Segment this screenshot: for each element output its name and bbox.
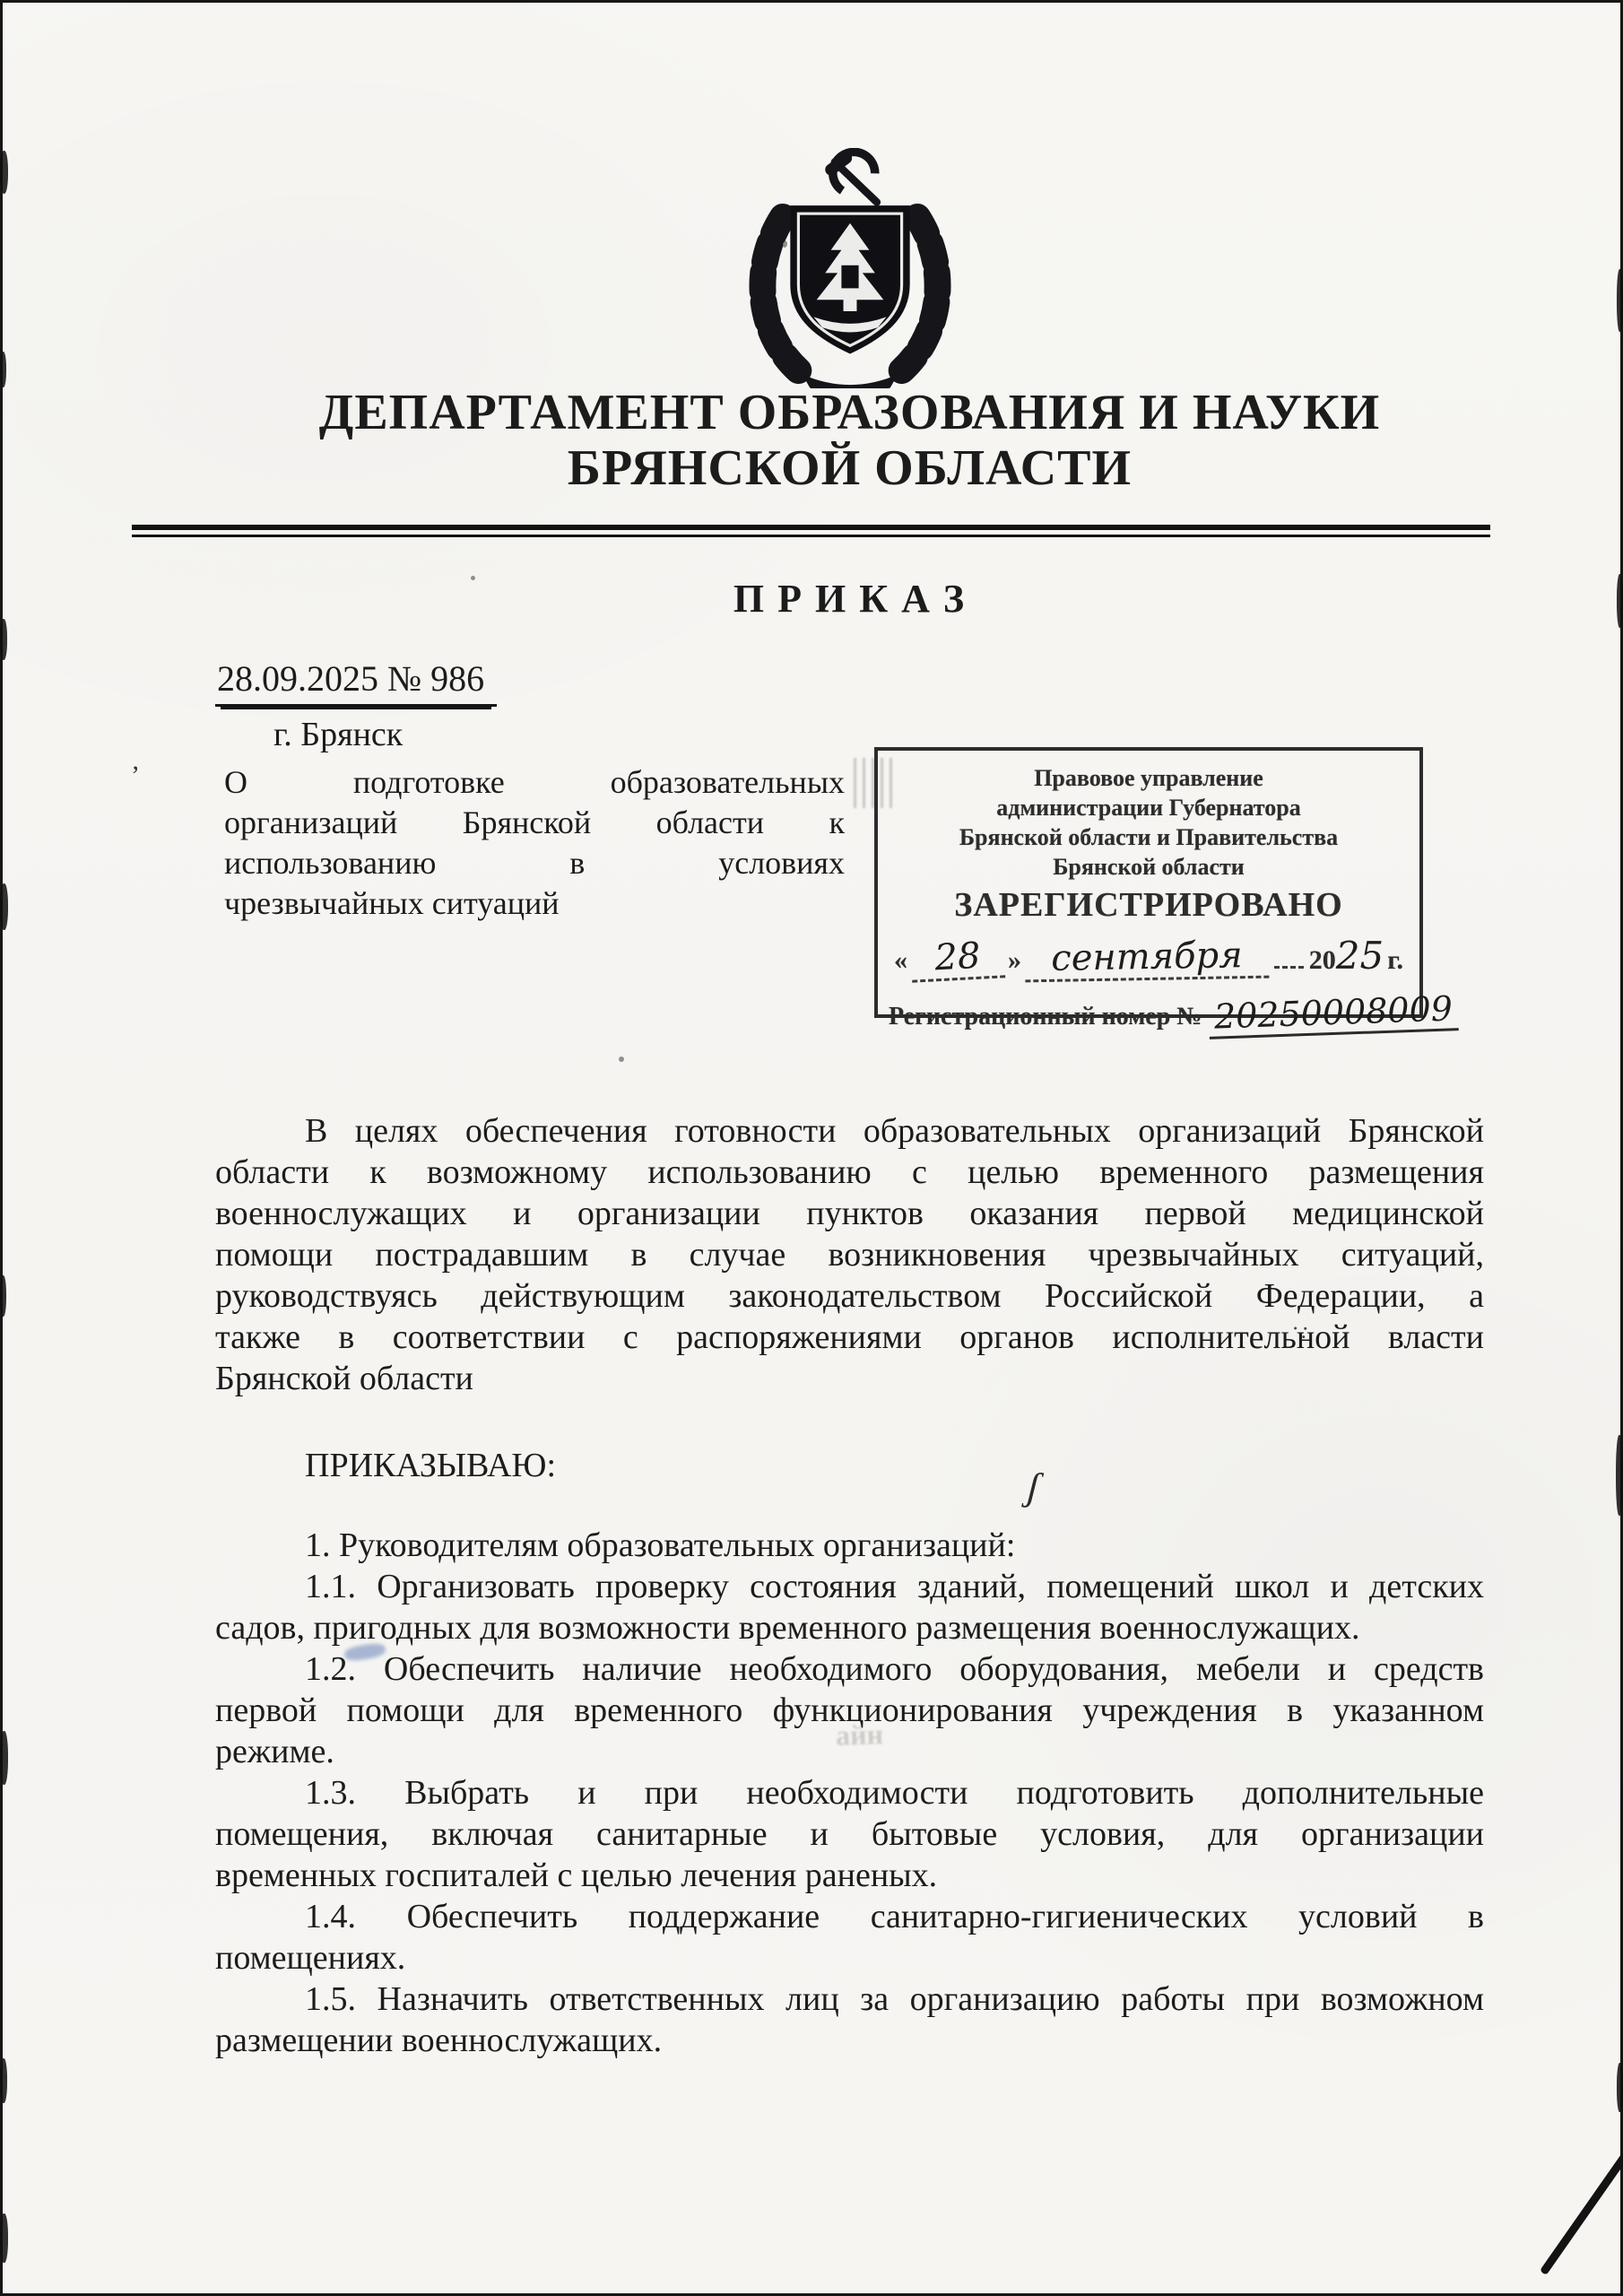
- scan-artifact-diagonal: [1540, 2124, 1623, 2275]
- scan-artifact: [0, 151, 8, 194]
- stamp-reg-label: Регистрационный номер №: [889, 1003, 1202, 1031]
- stamp-year-handwritten: 25: [1336, 934, 1384, 978]
- scan-artifact-squiggle: ʃ: [1026, 1464, 1040, 1510]
- letterhead-divider: [132, 525, 1490, 537]
- order-item: 1.2. Обеспечить наличие необходимого обо…: [215, 1648, 1484, 1772]
- stamp-date-fill-line: [1274, 939, 1304, 969]
- order-item-line: 1.3. Выбрать и при необходимости подгото…: [215, 1772, 1484, 1813]
- order-item-line: 1.4. Обеспечить поддержание санитарно-ги…: [215, 1896, 1484, 1937]
- order-item: 1. Руководителям образовательных организ…: [215, 1525, 1484, 1566]
- subject-block: О подготовке образовательных организаций…: [224, 762, 845, 924]
- scan-artifact: [0, 352, 6, 387]
- stamp-office-line: Брянской области и Правительства: [878, 822, 1419, 852]
- org-name-line1: ДЕПАРТАМЕНТ ОБРАЗОВАНИЯ И НАУКИ: [215, 386, 1484, 439]
- scan-artifact: [0, 619, 7, 660]
- stamp-office-line: администрации Губернатора: [878, 793, 1419, 822]
- order-item-line: режиме.: [215, 1731, 1484, 1772]
- city-line: г. Брянск: [273, 715, 403, 754]
- subject-line: чрезвычайных ситуаций: [224, 883, 845, 924]
- stamp-open-quote: «: [890, 945, 911, 976]
- scanned-order-page: ’ ·: ʃ айн: [0, 0, 1623, 2296]
- stamp-office-line: Правовое управление: [878, 763, 1419, 793]
- registration-stamp: Правовое управление администрации Губерн…: [874, 747, 1423, 1018]
- stamp-reg-number-handwritten: 20250008009: [1209, 988, 1459, 1039]
- stamp-registered-word: ЗАРЕГИСТРИРОВАНО: [878, 883, 1419, 926]
- order-item-line: временных госпиталей с целью лечения ран…: [215, 1855, 1484, 1896]
- preamble-line: помощи пострадавшим в случае возникновен…: [215, 1234, 1484, 1275]
- stamp-date-row: « 28 » сентября 20 25 г.: [890, 934, 1407, 980]
- order-item-line: 1.5. Назначить ответственных лиц за орга…: [215, 1979, 1484, 2020]
- order-item-line: помещениях.: [215, 1937, 1484, 1979]
- scan-artifact: [0, 1731, 8, 1785]
- subject-line: О подготовке образовательных: [224, 762, 845, 803]
- bryansk-coat-of-arms-icon: [735, 148, 965, 388]
- preamble-line: В целях обеспечения готовности образоват…: [215, 1110, 1484, 1152]
- coat-of-arms-graphic: [735, 148, 965, 388]
- scan-artifact: [1617, 574, 1623, 628]
- order-item-line: садов, пригодных для возможности временн…: [215, 1607, 1484, 1648]
- order-item: 1.4. Обеспечить поддержание санитарно-ги…: [215, 1896, 1484, 1979]
- date-number-line: 28.09.2025 № 986: [215, 657, 497, 707]
- scan-artifact: [1617, 269, 1623, 332]
- preamble-line: военнослужащих и организации пунктов ока…: [215, 1193, 1484, 1234]
- subject-line: использованию в условиях: [224, 843, 845, 883]
- order-item: 1.5. Назначить ответственных лиц за орга…: [215, 1979, 1484, 2061]
- stamp-year-prefix: 20: [1309, 945, 1336, 976]
- scan-artifact: [619, 1057, 624, 1062]
- preamble-line: Брянской области: [215, 1358, 1484, 1399]
- order-item-line: 1.2. Обеспечить наличие необходимого обо…: [215, 1648, 1484, 1690]
- org-name-line2: БРЯНСКОЙ ОБЛАСТИ: [215, 441, 1484, 495]
- stamp-day-handwritten: 28: [910, 934, 1005, 982]
- order-items: 1. Руководителям образовательных организ…: [215, 1525, 1484, 2061]
- preamble-paragraph: В целях обеспечения готовности образоват…: [215, 1110, 1484, 1399]
- stamp-reg-number-row: Регистрационный номер № 20250008009: [889, 993, 1409, 1035]
- scan-artifact: [0, 883, 8, 930]
- scan-artifact: [0, 2058, 7, 2103]
- preamble-line: руководствуясь действующим законодательс…: [215, 1275, 1484, 1317]
- order-item-line: 1.1. Организовать проверку состояния зда…: [215, 1566, 1484, 1607]
- scan-artifact-quote: ’: [131, 761, 140, 791]
- stamp-month-handwritten: сентября: [1025, 935, 1270, 983]
- stamp-year-unit: г.: [1384, 945, 1407, 976]
- order-item: 1.1. Организовать проверку состояния зда…: [215, 1566, 1484, 1648]
- stamp-office-line: Брянской области: [878, 852, 1419, 882]
- document-type-title: П Р И К А З: [215, 576, 1484, 622]
- scan-artifact: [1616, 1435, 1623, 1516]
- scan-artifact: [0, 2213, 8, 2263]
- order-item-line: размещении военнослужащих.: [215, 2020, 1484, 2061]
- preamble-line: области к возможному использованию с цел…: [215, 1152, 1484, 1193]
- subject-line: организаций Брянской области к: [224, 803, 845, 843]
- date-number-text: 28.09.2025 № 986: [215, 657, 497, 707]
- order-item-line: 1. Руководителям образовательных организ…: [215, 1525, 1484, 1566]
- stamp-close-quote: »: [1004, 945, 1025, 976]
- order-item-line: помещения, включая санитарные и бытовые …: [215, 1813, 1484, 1855]
- order-item-line: первой помощи для временного функциониро…: [215, 1690, 1484, 1731]
- scan-artifact: [1617, 2063, 1623, 2112]
- order-item: 1.3. Выбрать и при необходимости подгото…: [215, 1772, 1484, 1896]
- scan-artifact: [0, 1275, 6, 1317]
- preamble-line: также в соответствии с распоряжениями ор…: [215, 1317, 1484, 1358]
- order-word: ПРИКАЗЫВАЮ:: [305, 1446, 556, 1485]
